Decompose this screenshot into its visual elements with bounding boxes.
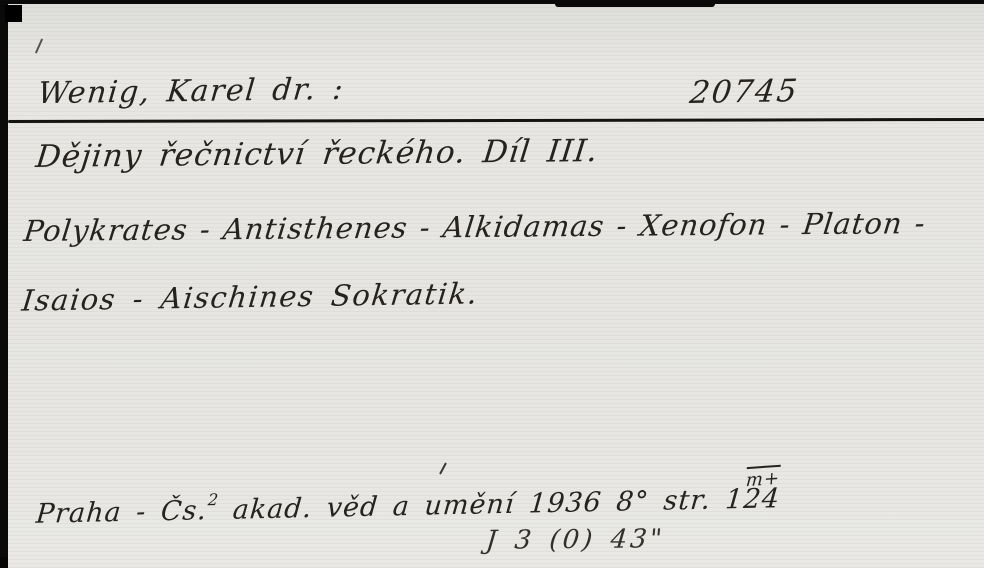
subjects-line-2: Isaios - Aischines Sokratik.: [20, 276, 480, 317]
scan-artifact-scratch: [35, 38, 43, 53]
imprint-place: Praha - Čs.: [35, 495, 209, 530]
author-heading: Wenig, Karel dr. :: [36, 72, 345, 111]
scan-corner-block: [5, 5, 22, 22]
scan-edge-top: [0, 0, 984, 4]
scan-edge-left: [0, 0, 8, 557]
heading-rule-line: [8, 118, 984, 123]
imprint-edition-superscript: 2: [207, 490, 220, 509]
imprint-pages: 124: [724, 483, 781, 515]
catalog-number: 20745: [688, 73, 801, 111]
card-paper: Wenig, Karel dr. : 20745 Dějiny řečnictv…: [8, 4, 984, 568]
scan-artifact-scratch: [439, 462, 447, 474]
subjects-line-1: Polykrates - Antisthenes - Alkidamas - X…: [22, 206, 928, 248]
title-line: Dějiny řečnictví řeckého. Díl III.: [34, 133, 600, 175]
scanned-catalog-card: Wenig, Karel dr. : 20745 Dějiny řečnictv…: [0, 0, 984, 568]
scan-edge-top-thick: [555, 0, 715, 7]
shelfmark: J 3 (0) 43": [485, 524, 667, 556]
imprint-line: Praha - Čs.2 akad. věd a umění 1936 8° s…: [35, 482, 782, 530]
imprint-publisher-year: akad. věd a umění 1936 8° str.: [232, 485, 713, 526]
